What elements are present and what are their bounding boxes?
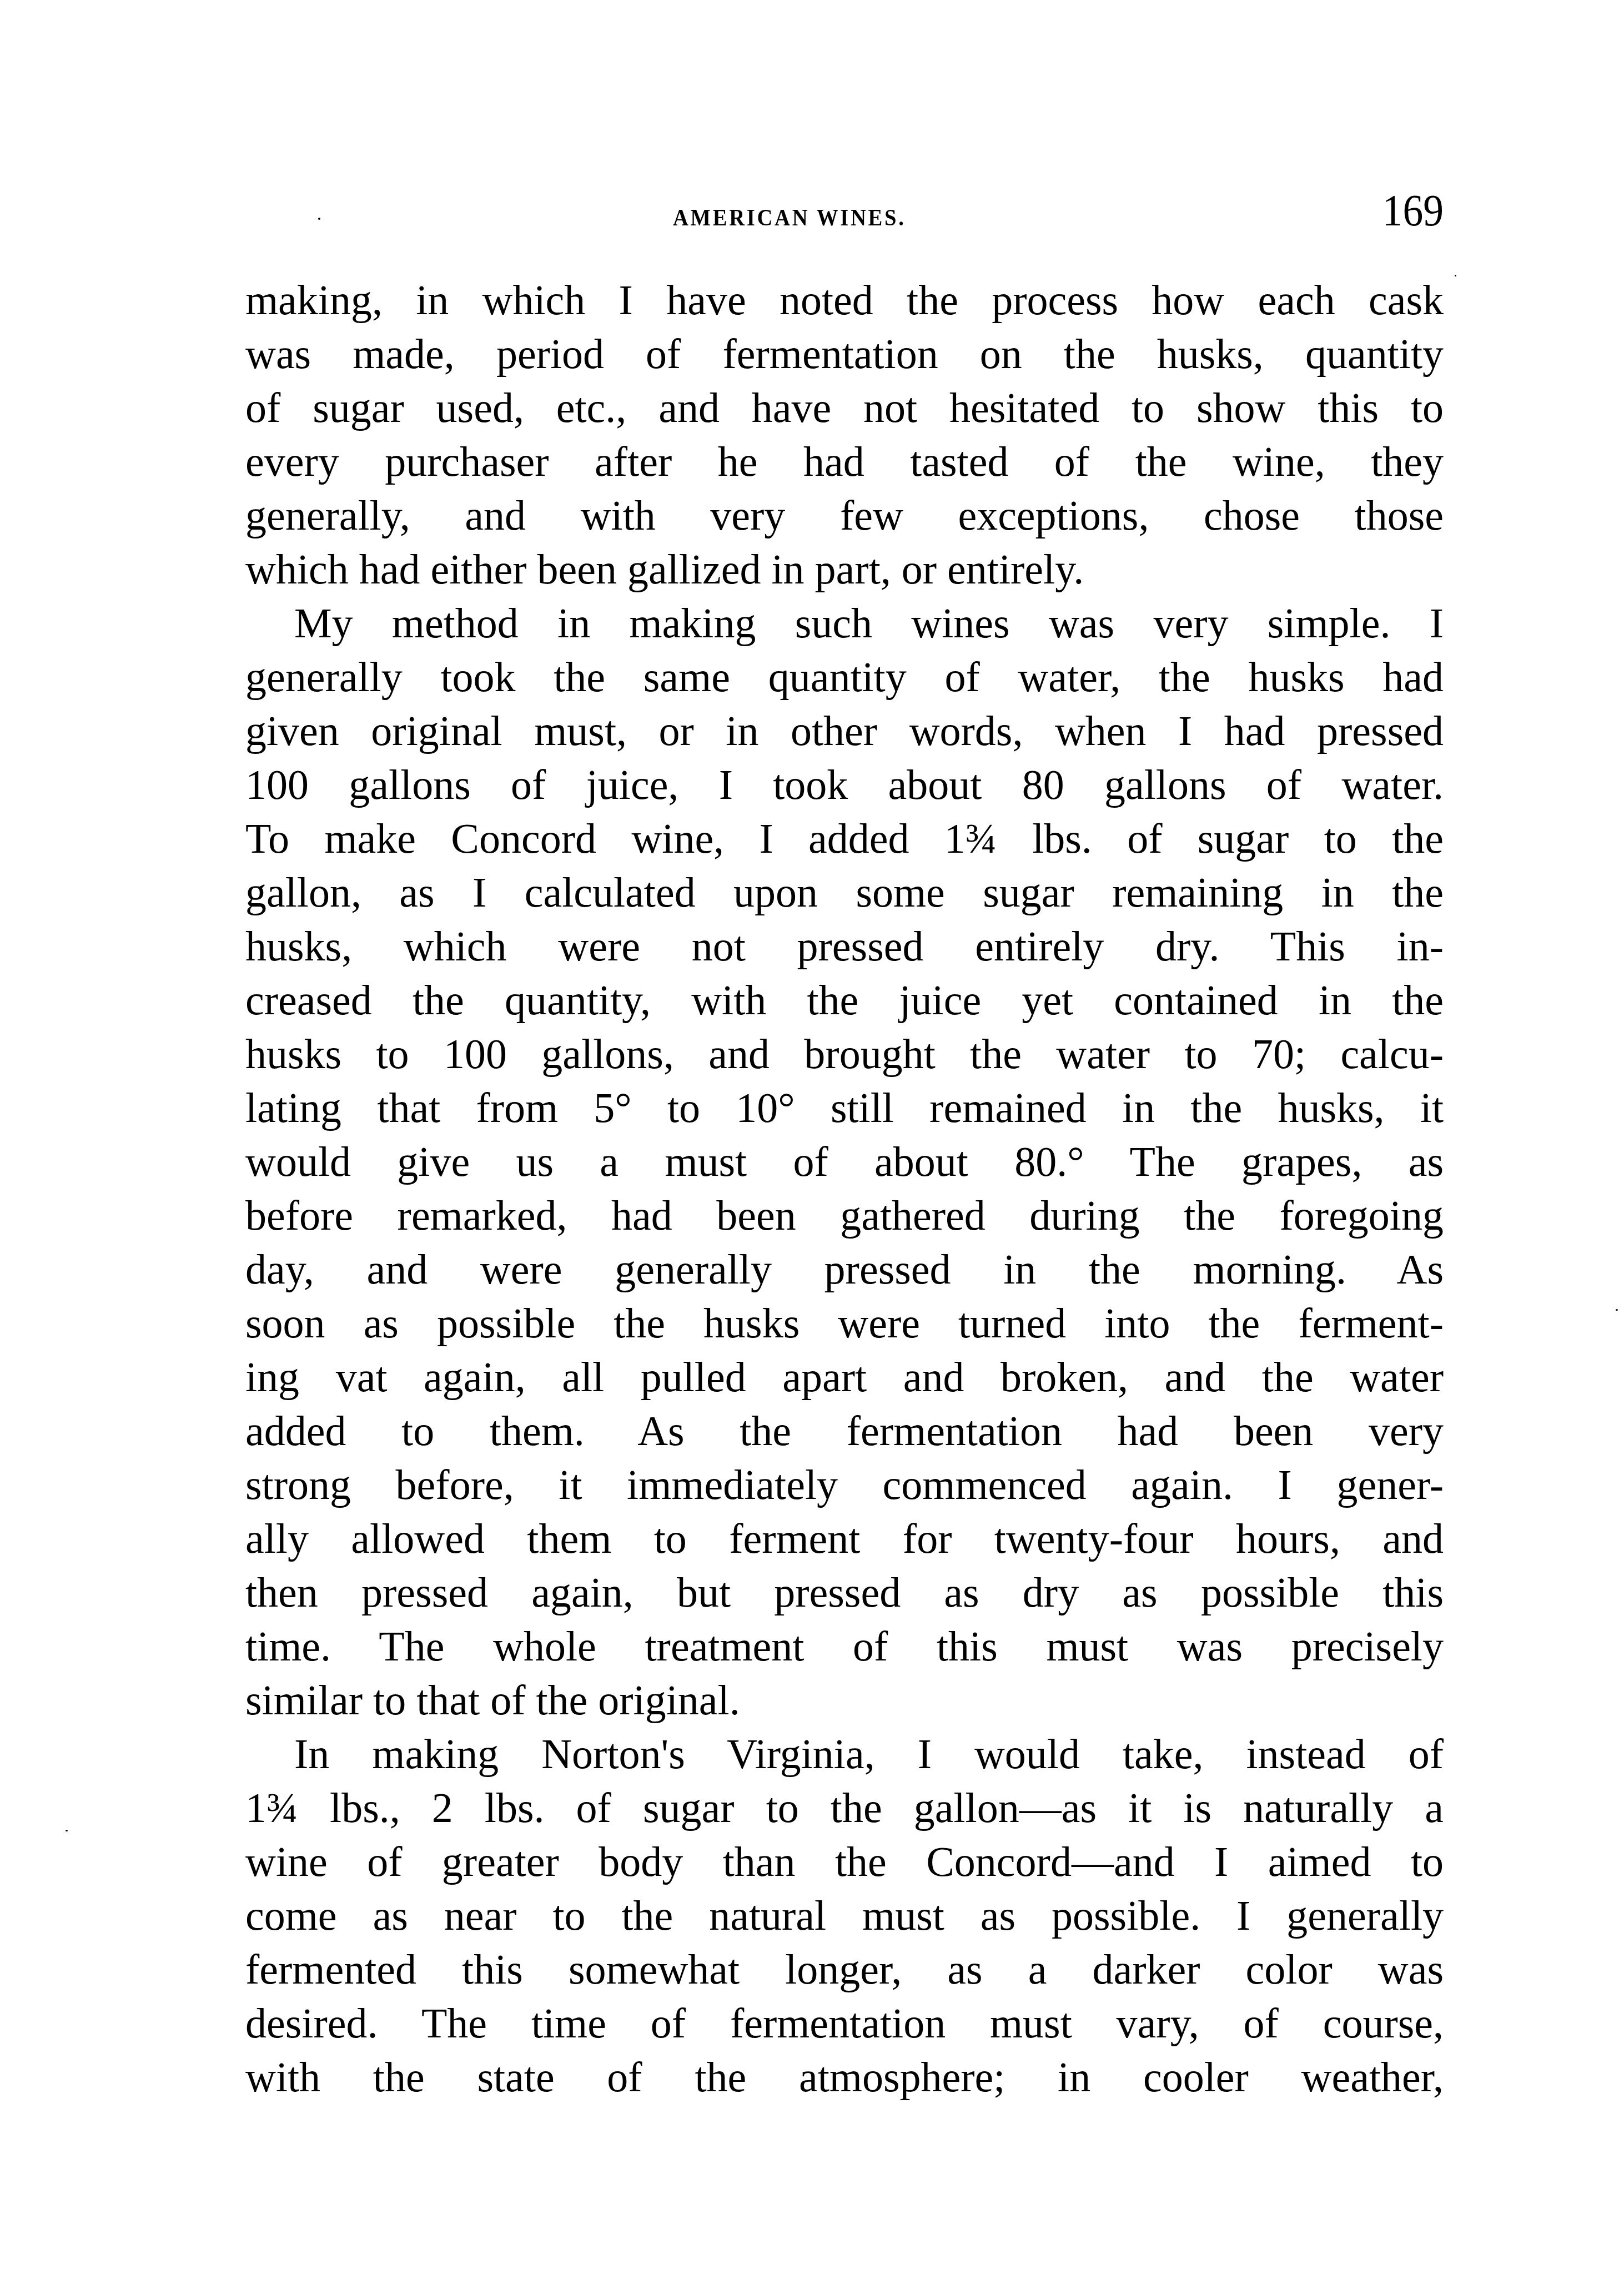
book-page: AMERICAN WINES. 169 making, in which I h… [0,0,1624,2295]
text-line: To make Concord wine, I added 1¾ lbs. of… [245,812,1444,866]
text-line: ing vat again, all pulled apart and brok… [245,1351,1444,1405]
text-line: soon as possible the husks were turned i… [245,1297,1444,1351]
text-line: generally, and with very few exceptions,… [245,489,1444,543]
text-line: with the state of the atmosphere; in coo… [245,2051,1444,2105]
text-line: day, and were generally pressed in the m… [245,1243,1444,1297]
text-line: husks, which were not pressed entirely d… [245,920,1444,974]
text-line: would give us a must of about 80.° The g… [245,1135,1444,1189]
scan-speck [318,218,320,220]
text-line: creased the quantity, with the juice yet… [245,974,1444,1028]
text-line: wine of greater body than the Concord—an… [245,1835,1444,1889]
text-line: similar to that of the original. [245,1674,1444,1728]
text-line: was made, period of fermentation on the … [245,328,1444,381]
scan-speck [1616,1309,1618,1311]
text-line: 100 gallons of juice, I took about 80 ga… [245,758,1444,812]
text-line: ally allowed them to ferment for twenty-… [245,1512,1444,1566]
text-line: before remarked, had been gathered durin… [245,1189,1444,1243]
body-text: making, in which I have noted the proces… [245,274,1444,2105]
text-line: every purchaser after he had tasted of t… [245,435,1444,489]
text-line: lating that from 5° to 10° still remaine… [245,1081,1444,1135]
text-line: which had either been gallized in part, … [245,543,1444,597]
text-line: 1¾ lbs., 2 lbs. of sugar to the gallon—a… [245,1781,1444,1835]
text-line: of sugar used, etc., and have not hesita… [245,381,1444,435]
text-line: then pressed again, but pressed as dry a… [245,1566,1444,1620]
text-line: gallon, as I calculated upon some sugar … [245,866,1444,920]
text-line: desired. The time of fermentation must v… [245,1997,1444,2051]
text-line: time. The whole treatment of this must w… [245,1620,1444,1674]
text-line: given original must, or in other words, … [245,704,1444,758]
scan-speck [66,1830,68,1831]
text-line: come as near to the natural must as poss… [245,1889,1444,1943]
text-line: husks to 100 gallons, and brought the wa… [245,1028,1444,1081]
text-line: generally took the same quantity of wate… [245,651,1444,704]
text-line: strong before, it immediately commenced … [245,1458,1444,1512]
running-head: AMERICAN WINES. [673,207,906,230]
scan-speck [1455,275,1456,276]
paragraph-start-line: My method in making such wines was very … [245,597,1444,651]
page-number: 169 [1382,189,1444,233]
text-line: making, in which I have noted the proces… [245,274,1444,328]
text-line: fermented this somewhat longer, as a dar… [245,1943,1444,1997]
paragraph-start-line: In making Norton's Virginia, I would tak… [245,1728,1444,1781]
text-line: added to them. As the fermentation had b… [245,1405,1444,1458]
